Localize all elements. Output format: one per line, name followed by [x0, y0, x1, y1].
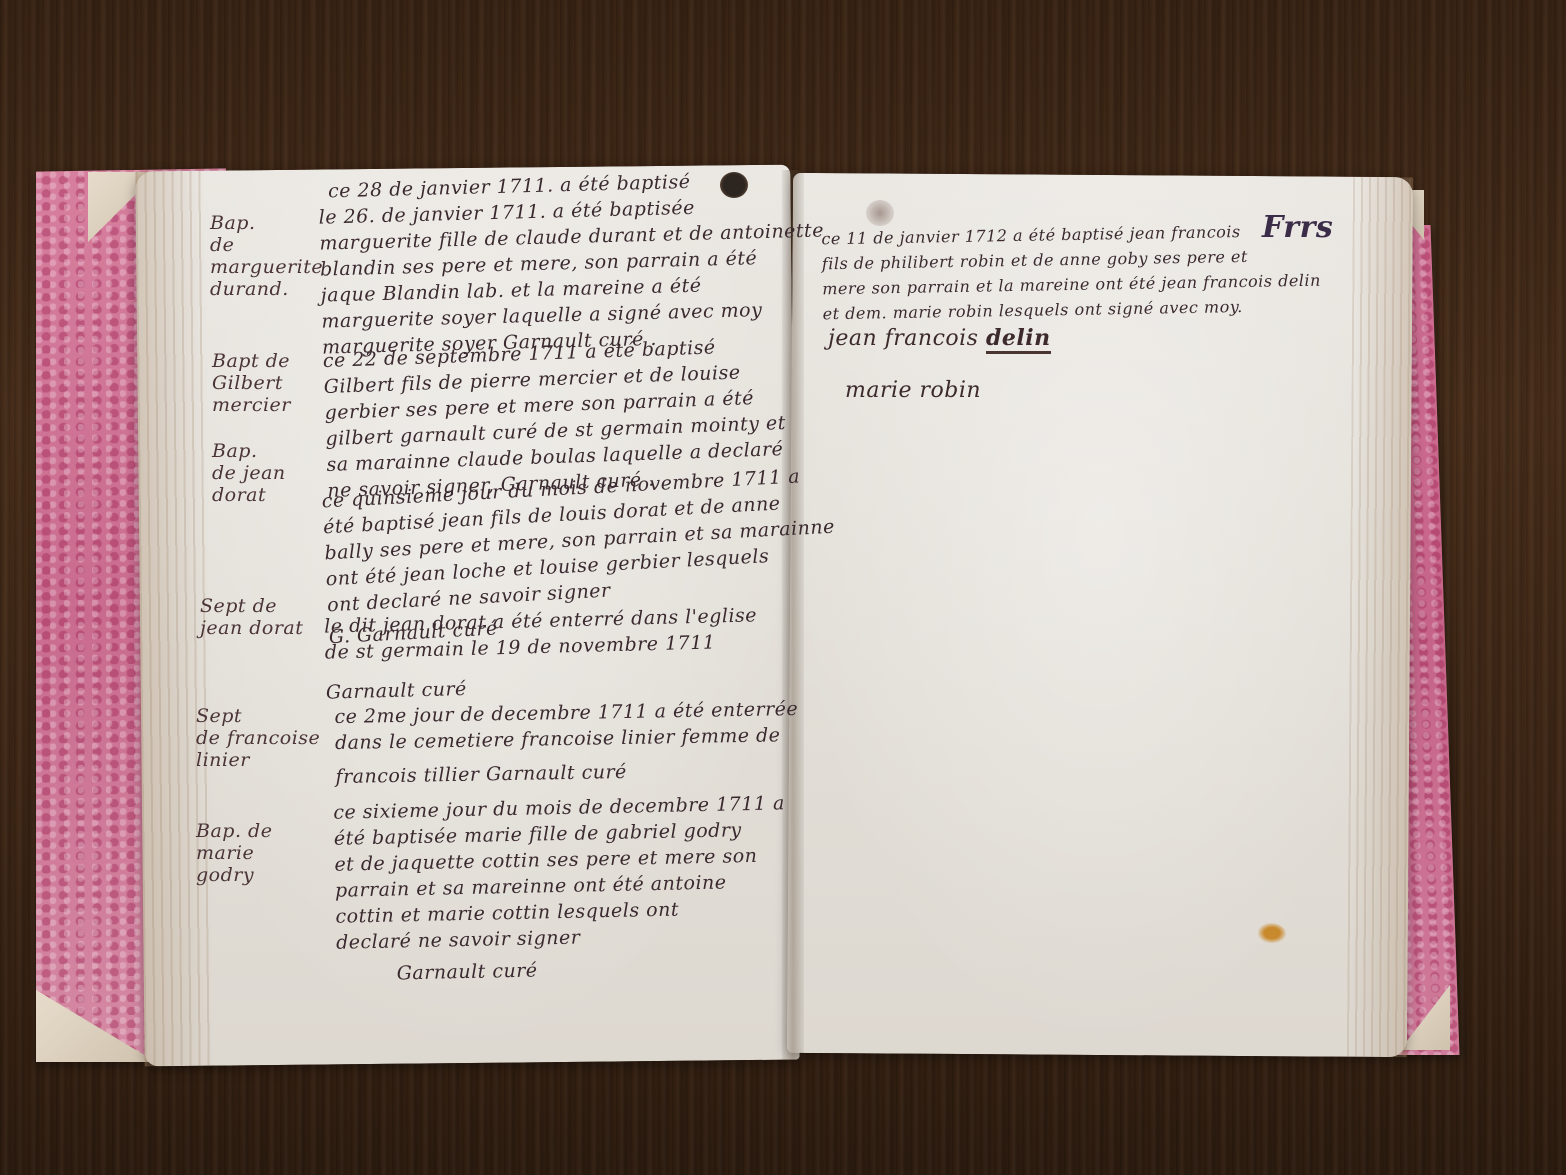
entry-jean-dorat-burial: le dit jean dorat a été enterré dans l'e… [324, 602, 759, 705]
entry-francoise-linier-burial: ce 2me jour de decembre 1711 a été enter… [334, 696, 799, 790]
margin-line: jean dorat [200, 617, 303, 639]
margin-line: marie [196, 842, 272, 864]
margin-line: Bapt de [212, 350, 291, 372]
entry-marguerite-durand: ce 28 de janvier 1711. a été baptisé le … [318, 165, 827, 360]
signature-godfather-name: jean francois [828, 326, 978, 351]
margin-line: dorat [212, 484, 286, 506]
margin-line: Bap. de [196, 820, 272, 842]
margin-line: Sept [196, 705, 320, 727]
margin-line: de [210, 234, 323, 256]
margin-line: mercier [212, 394, 291, 416]
margin-line: Gilbert [212, 372, 291, 394]
margin-line: Bap. [210, 212, 323, 234]
margin-note-marie-godry: Bap. de marie godry [196, 820, 272, 886]
margin-note-gilbert-mercier: Bapt de Gilbert mercier [212, 350, 291, 416]
signature-godfather-surname: delin [986, 325, 1051, 354]
water-stain [1258, 923, 1286, 943]
margin-note-marguerite-durand: Bap. de marguerite durand. [210, 212, 323, 300]
signature-godmother: marie robin [845, 378, 981, 403]
margin-line: de francoise [196, 727, 320, 749]
margin-line: godry [196, 864, 272, 886]
margin-note-jean-dorat: Bap. de jean dorat [212, 440, 286, 506]
entry-marie-godry: ce sixieme jour du mois de decembre 1711… [333, 790, 788, 987]
margin-line: marguerite [210, 256, 323, 278]
margin-line: durand. [210, 278, 323, 300]
margin-line: Bap. [212, 440, 286, 462]
signature-godfather: jean francois delin [828, 325, 1051, 351]
margin-line: linier [196, 749, 320, 771]
margin-note-burial-jean-dorat: Sept de jean dorat [200, 595, 303, 639]
signature-top-right: Frrs [1262, 210, 1333, 245]
ink-blot-mark [866, 200, 894, 226]
margin-line: de jean [212, 462, 286, 484]
margin-note-francoise-linier: Sept de francoise linier [196, 705, 320, 771]
margin-line: Sept de [200, 595, 303, 617]
entry-jean-francois-robin: ce 11 de janvier 1712 a été baptisé jean… [821, 218, 1321, 327]
